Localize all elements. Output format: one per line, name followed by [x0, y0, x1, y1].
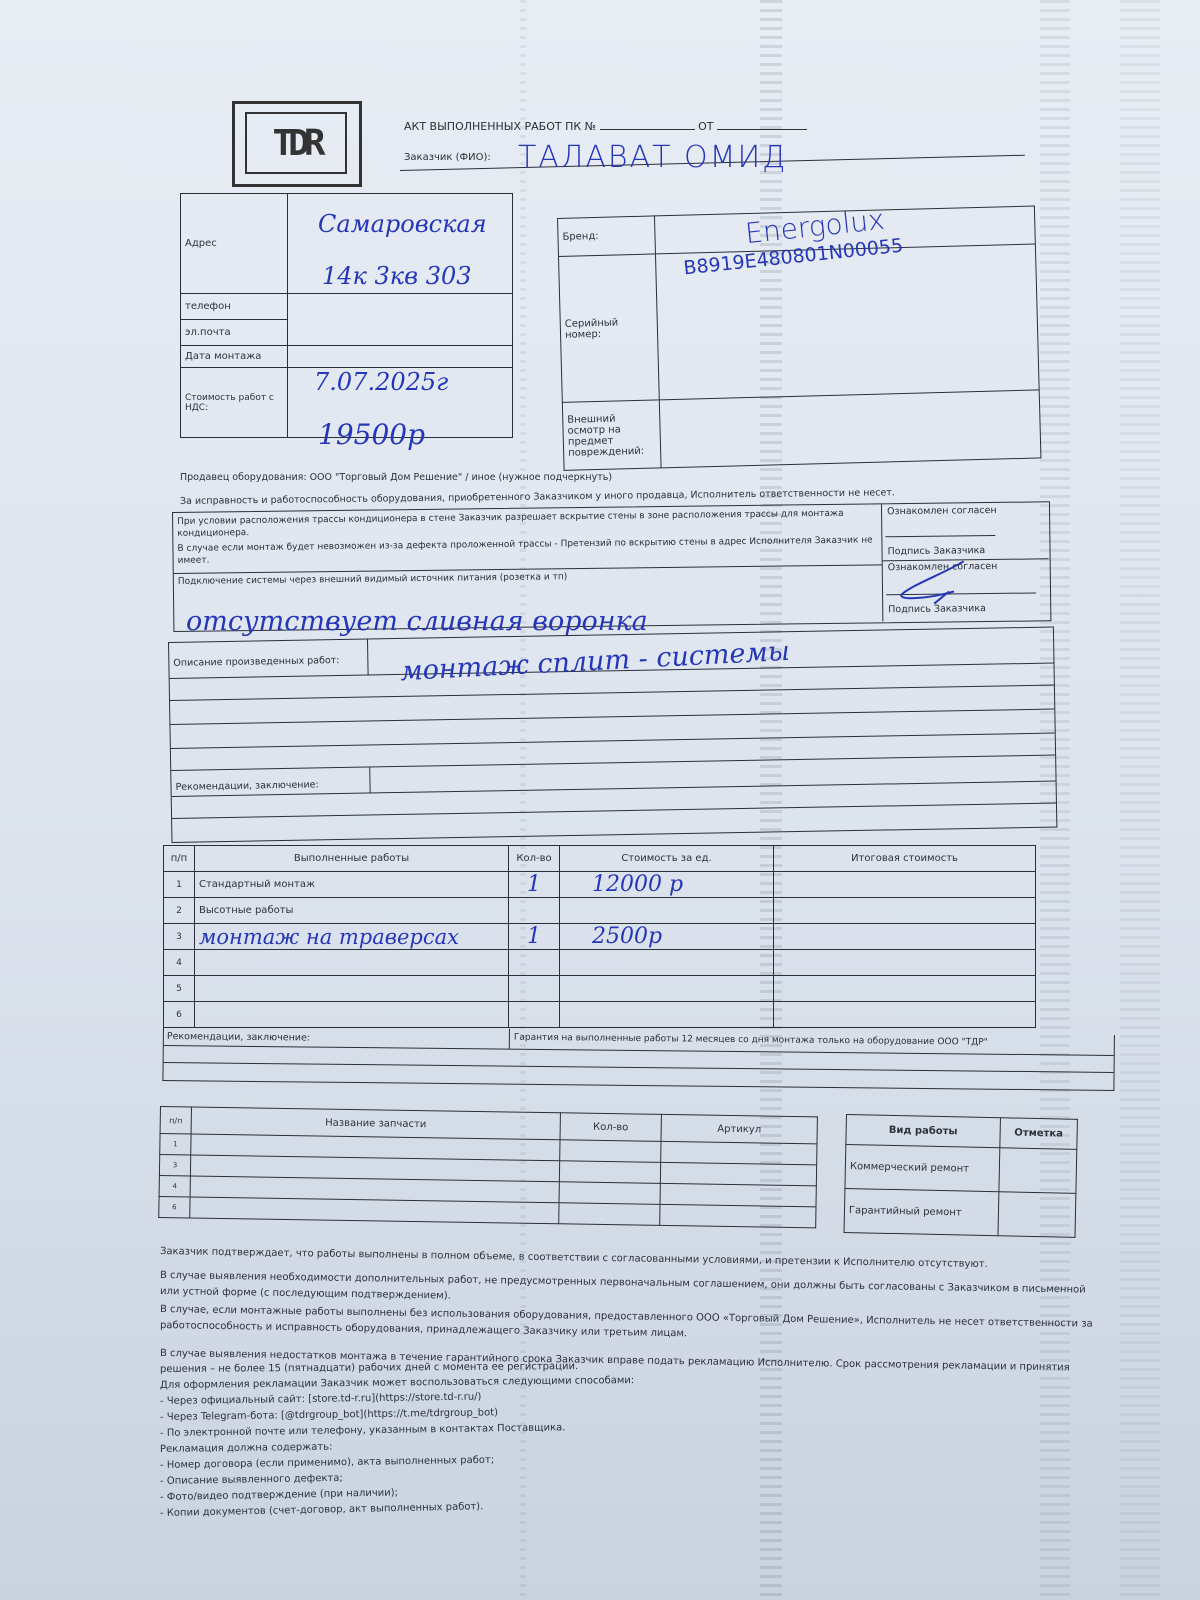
phone-label: телефон [181, 294, 288, 320]
recommendations-label: Рекомендации, заключение: [175, 779, 318, 792]
email-label: эл.почта [181, 320, 288, 346]
row-number: 6 [159, 1196, 190, 1217]
part-qty-cell[interactable] [559, 1182, 660, 1205]
qty-cell[interactable] [509, 976, 560, 1002]
work-cell[interactable] [195, 1002, 509, 1028]
row-number: 6 [164, 1002, 195, 1028]
scan-streak [1120, 0, 1160, 1600]
warranty-text: Гарантия на выполненные работы 12 месяце… [514, 1033, 988, 1048]
col-header-qty: Кол-во [509, 846, 560, 872]
part-article-cell[interactable] [660, 1162, 816, 1185]
part-article-cell[interactable] [660, 1204, 816, 1227]
customer-label: Заказчик (ФИО): [404, 152, 491, 163]
act-title: АКТ ВЫПОЛНЕННЫХ РАБОТ ПК № [404, 120, 596, 133]
table-row: 1Стандартный монтаж112000 р [164, 872, 1036, 898]
row-number: 3 [159, 1155, 190, 1176]
mark-commercial-checkbox[interactable] [999, 1148, 1077, 1194]
table-row: 5 [164, 976, 1036, 1002]
work-cell[interactable] [195, 950, 509, 976]
row-number: 2 [164, 898, 195, 924]
work-cell[interactable]: Стандартный монтаж [195, 872, 509, 898]
work-cell[interactable]: монтаж на траверсах [195, 924, 509, 950]
total-cell[interactable] [774, 976, 1036, 1002]
parts-col-article: Артикул [661, 1114, 817, 1143]
logo-text: TDR [245, 112, 347, 174]
work-type-warranty: Гарантийный ремонт [844, 1188, 999, 1235]
part-qty-cell[interactable] [559, 1161, 660, 1184]
row-number: 4 [159, 1175, 190, 1196]
description-line[interactable] [170, 709, 1054, 725]
total-cell[interactable] [774, 872, 1036, 898]
work-cell[interactable]: Высотные работы [195, 898, 509, 924]
price-cell[interactable] [560, 1002, 774, 1028]
install-date-cell[interactable] [288, 346, 513, 368]
work-cell[interactable] [195, 976, 509, 1002]
address-handwritten-line1: Самаровская [318, 210, 487, 238]
install-date-handwritten: 7.07.2025г [314, 368, 448, 396]
qty-cell[interactable]: 1 [509, 924, 560, 950]
recommendations-line[interactable] [164, 1062, 1114, 1073]
table-row: 2Высотные работы [164, 898, 1036, 924]
price-cell[interactable]: 2500р [560, 924, 774, 950]
col-header-total: Итоговая стоимость [774, 846, 1036, 872]
phone-email-cell[interactable] [288, 294, 513, 346]
cost-label: Стоимость работ с НДС: [181, 368, 288, 438]
work-name: Высотные работы [199, 905, 293, 916]
divider [369, 766, 370, 792]
table-row: 3монтаж на траверсах12500р [164, 924, 1036, 950]
work-type-commercial: Коммерческий ремонт [845, 1145, 1000, 1192]
mark-header: Отметка [1000, 1118, 1078, 1150]
cost-handwritten: 19500р [318, 418, 425, 451]
qty-cell[interactable] [509, 898, 560, 924]
part-qty-cell[interactable] [559, 1203, 660, 1226]
address-handwritten-line2: 14к 3кв 303 [322, 262, 472, 290]
price-value [564, 950, 592, 975]
qty-cell[interactable]: 1 [509, 872, 560, 898]
total-cell[interactable] [774, 924, 1036, 950]
row-number: 5 [164, 976, 195, 1002]
works-recommendations-block: Рекомендации, заключение: Гарантия на вы… [162, 1025, 1115, 1091]
price-value [564, 1002, 592, 1027]
serial-label: Серийный номер: [559, 254, 660, 402]
part-article-cell[interactable] [661, 1141, 817, 1164]
price-value [564, 898, 592, 923]
row-number: 3 [164, 924, 195, 950]
price-value [564, 976, 592, 1001]
col-header-number: п/п [164, 846, 195, 872]
address-label: Адрес [181, 194, 288, 294]
act-date-field[interactable] [717, 129, 807, 130]
works-recommendations-label: Рекомендации, заключение: [167, 1031, 310, 1043]
work-name: монтаж на траверсах [199, 925, 459, 949]
total-cell[interactable] [774, 898, 1036, 924]
price-value: 2500р [564, 924, 662, 949]
install-date-label: Дата монтажа [181, 346, 288, 368]
total-cell[interactable] [774, 1002, 1036, 1028]
brand-label: Бренд: [558, 216, 656, 257]
recommendations-line[interactable] [172, 803, 1056, 819]
mark-warranty-checkbox[interactable] [998, 1192, 1076, 1238]
row-number: 1 [164, 872, 195, 898]
total-cell[interactable] [774, 950, 1036, 976]
work-type-header: Вид работы [846, 1115, 1001, 1148]
qty-value: 1 [527, 872, 541, 897]
parts-col-number: п/п [160, 1107, 191, 1134]
row-number: 1 [160, 1134, 191, 1155]
inspection-cell[interactable] [659, 390, 1041, 468]
price-cell[interactable] [560, 898, 774, 924]
works-table: п/п Выполненные работы Кол-во Стоимость … [163, 845, 1036, 1028]
divider [367, 639, 369, 675]
price-cell[interactable] [560, 976, 774, 1002]
customer-signature-icon [894, 553, 985, 609]
parts-col-qty: Кол-во [560, 1113, 661, 1142]
act-title-row: АКТ ВЫПОЛНЕННЫХ РАБОТ ПК № ОТ [404, 120, 807, 133]
part-article-cell[interactable] [660, 1183, 816, 1206]
act-number-field[interactable] [600, 129, 695, 130]
description-line[interactable] [171, 755, 1055, 771]
work-name: Стандартный монтаж [199, 879, 315, 890]
signature-line-1[interactable] [885, 535, 995, 537]
price-value: 12000 р [564, 872, 683, 897]
customer-name-handwritten[interactable]: ТАЛАВАТ ОМИД [518, 140, 787, 175]
work-type-table: Вид работы Отметка Коммерческий ремонт Г… [844, 1114, 1078, 1238]
seller-line: Продавец оборудования: ООО "Торговый Дом… [180, 472, 612, 483]
divider [509, 1029, 510, 1049]
agree-label-1: Ознакомлен согласен [887, 505, 997, 517]
table-row: 4 [164, 950, 1036, 976]
col-header-work: Выполненные работы [195, 846, 509, 872]
part-qty-cell[interactable] [560, 1140, 661, 1163]
parts-table: п/п Название запчасти Кол-во Артикул 134… [158, 1106, 818, 1228]
qty-cell[interactable] [509, 1002, 560, 1028]
description-line[interactable] [170, 685, 1054, 701]
table-row: 6 [164, 1002, 1036, 1028]
tdr-logo: TDR [232, 101, 362, 187]
date-label: ОТ [698, 120, 713, 133]
power-handwritten: отсутствует сливная воронка [186, 606, 648, 637]
row-number: 4 [164, 950, 195, 976]
wall-conditions-cell: При условии расположения трассы кондицио… [173, 504, 883, 574]
price-cell[interactable] [560, 950, 774, 976]
qty-value: 1 [527, 924, 541, 949]
price-cell[interactable]: 12000 р [560, 872, 774, 898]
qty-cell[interactable] [509, 950, 560, 976]
description-label: Описание произведенных работ: [173, 655, 339, 669]
inspection-label: Внешний осмотр на предмет повреждений: [562, 400, 661, 471]
col-header-price: Стоимость за ед. [560, 846, 774, 872]
description-line[interactable] [171, 733, 1055, 749]
